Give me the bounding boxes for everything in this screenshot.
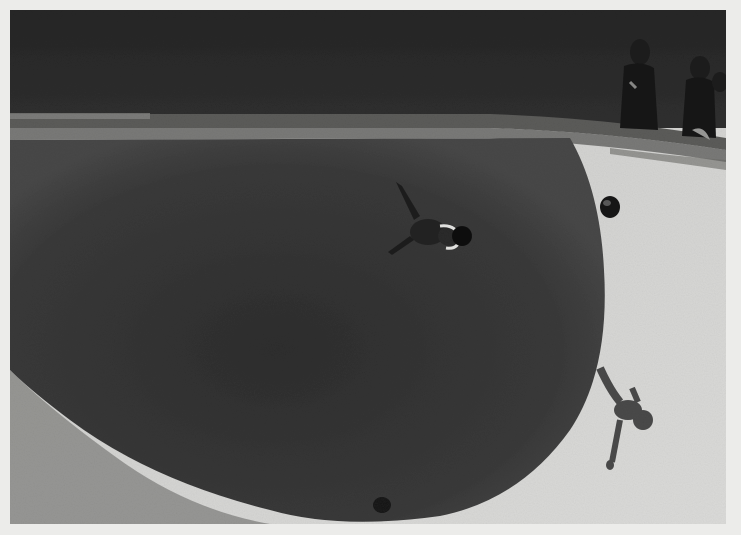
wall-drain xyxy=(600,196,620,218)
pool-scene xyxy=(10,10,726,524)
floor-drain xyxy=(373,497,391,513)
background-darkness xyxy=(10,10,726,130)
photograph xyxy=(10,10,726,524)
